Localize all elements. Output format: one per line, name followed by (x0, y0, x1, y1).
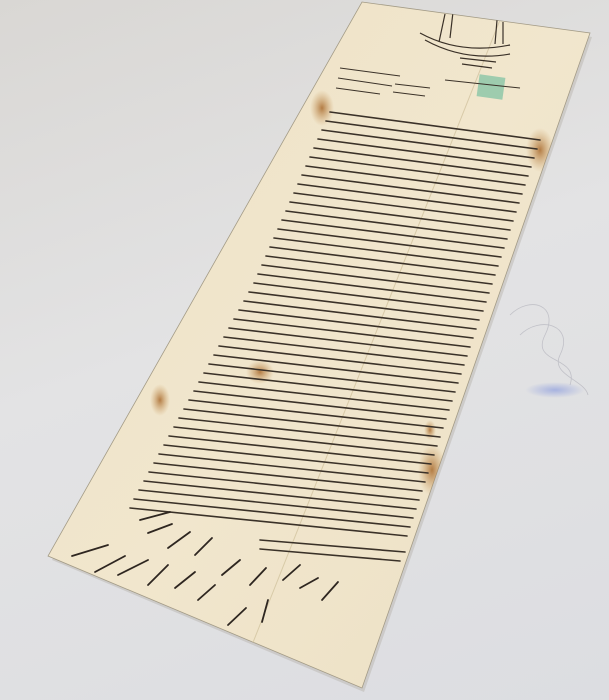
ink-smudge (525, 382, 585, 398)
photo-scene (0, 0, 609, 700)
